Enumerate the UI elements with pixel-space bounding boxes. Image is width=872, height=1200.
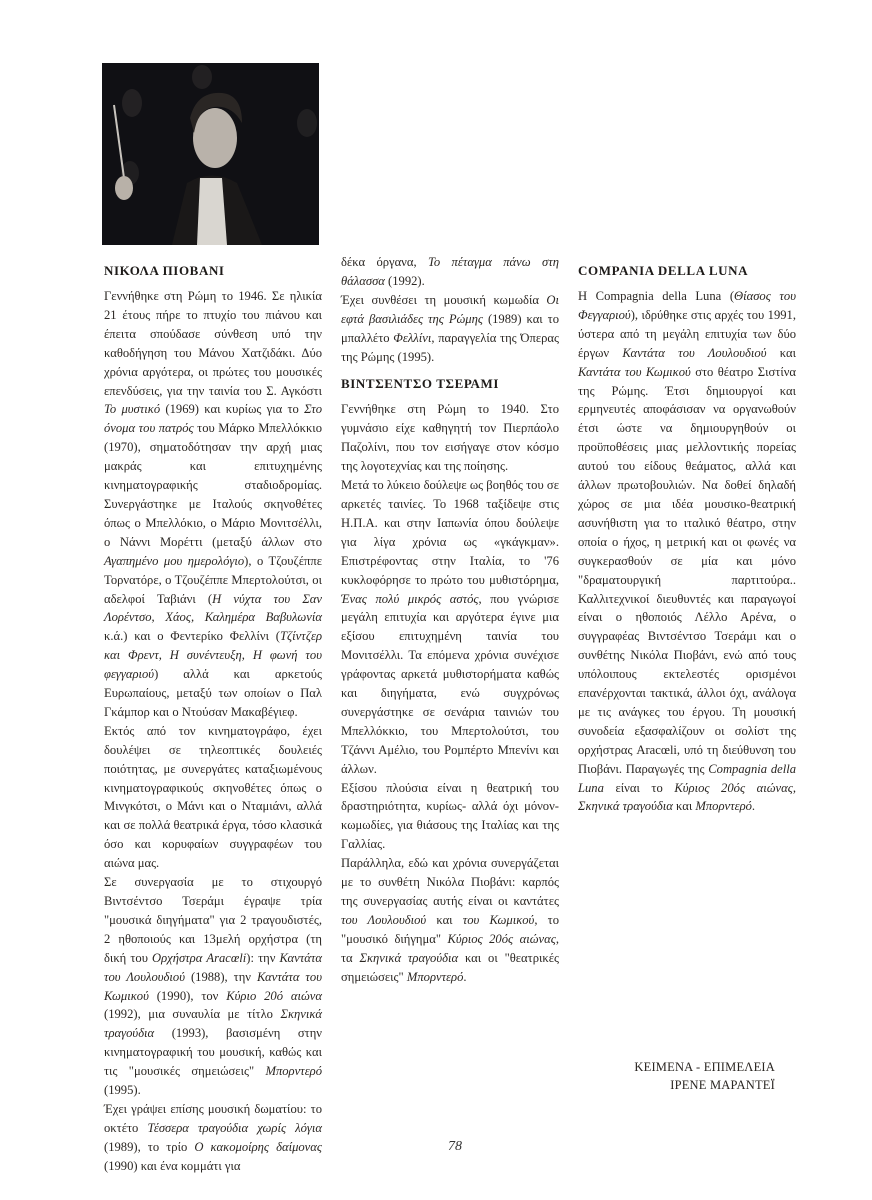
conductor-photo [102,63,319,245]
column-piovani: ΝΙΚΟΛΑ ΠΙΟΒΑΝΙ Γεννήθηκε στη Ρώμη το 194… [104,263,322,1176]
column-compagnia: COMPANIA DELLA LUNA Η Compagnia della Lu… [578,263,796,816]
heading-vincenzo-cerami: ΒΙΝΤΣΕΝΤΣΟ ΤΣΕΡΑΜΙ [341,376,559,392]
paragraph: δέκα όργανα, Το πέταγμα πάνω στη θάλασσα… [341,253,559,291]
spacer [341,366,559,376]
paragraph: Μετά το λύκειο δούλεψε ως βοηθός του σε … [341,476,559,779]
paragraph: Εξίσου πλούσια είναι η θεατρική του δρασ… [341,779,559,855]
paragraph: Γεννήθηκε στη Ρώμη το 1940. Στο γυμνάσιο… [341,400,559,476]
paragraph: Γεννήθηκε στη Ρώμη το 1946. Σε ηλικία 21… [104,287,322,722]
credits-line-2: ΙΡΕΝΕ ΜΑΡΑΝΤΕΪ [634,1076,775,1094]
paragraph: Σε συνεργασία με το στιχουργό Βιντσέντσο… [104,873,322,1100]
heading-nicola-piovani: ΝΙΚΟΛΑ ΠΙΟΒΑΝΙ [104,263,322,279]
paragraph: Έχει γράψει επίσης μουσική δωματίου: το … [104,1100,322,1176]
page-number: 78 [448,1139,462,1155]
credits-line-1: ΚΕΙΜΕΝΑ - ΕΠΙΜΕΛΕΙΑ [634,1058,775,1076]
paragraph: Έχει συνθέσει τη μουσική κωμωδία Οι εφτά… [341,291,559,367]
paragraph: Η Compagnia della Luna (Θίασος του Φεγγα… [578,287,796,816]
paragraph: Παράλληλα, εδώ και χρόνια συνεργάζεται μ… [341,854,559,986]
conductor-illustration [102,63,319,245]
paragraph: Εκτός από τον κινηματογράφο, έχει δουλέψ… [104,722,322,873]
credits: ΚΕΙΜΕΝΑ - ΕΠΙΜΕΛΕΙΑ ΙΡΕΝΕ ΜΑΡΑΝΤΕΪ [634,1058,775,1094]
column-middle: δέκα όργανα, Το πέταγμα πάνω στη θάλασσα… [341,253,559,987]
heading-compania-della-luna: COMPANIA DELLA LUNA [578,263,796,279]
